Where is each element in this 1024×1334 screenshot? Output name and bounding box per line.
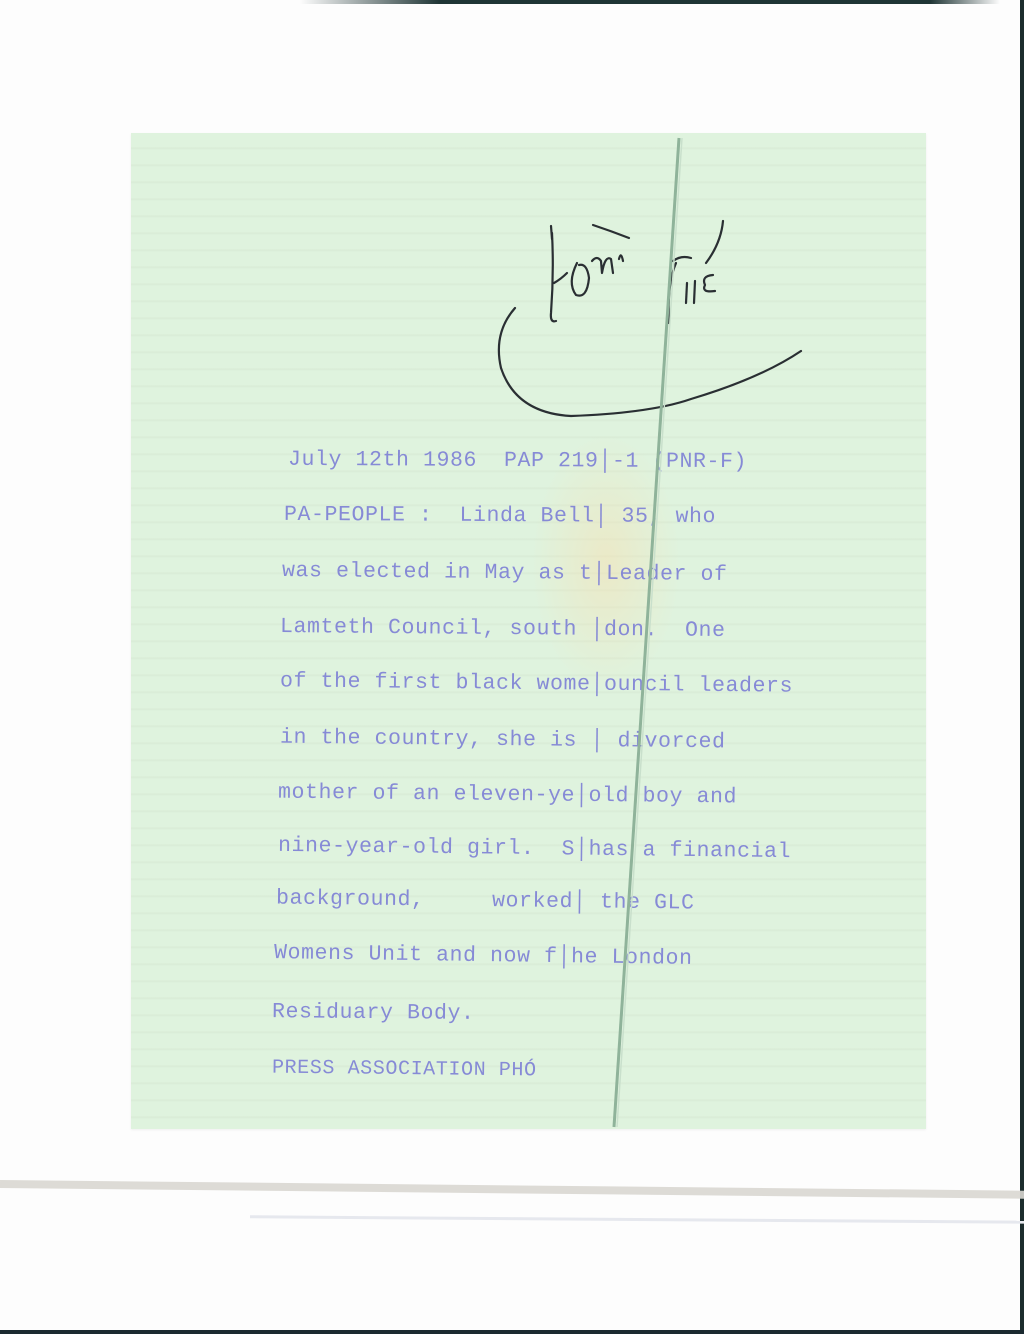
caption-line: was elected in May as t│Leader of bbox=[282, 559, 728, 587]
caption-line: Residuary Body. bbox=[272, 1000, 475, 1026]
caption-slip: July 12th 1986 PAP 219│-1 (PNR-F) PA-PEO… bbox=[131, 133, 926, 1129]
mount-board-edge bbox=[0, 1180, 1024, 1199]
scan-bottom-edge bbox=[0, 1330, 1024, 1334]
caption-line-dateline: July 12th 1986 PAP 219│-1 (PNR-F) bbox=[288, 448, 747, 474]
caption-line: mother of an eleven-ye│old boy and bbox=[278, 781, 737, 810]
caption-credit: PRESS ASSOCIATION PHÓ bbox=[272, 1057, 537, 1083]
scan-right-edge bbox=[1020, 0, 1024, 1334]
caption-line: nine-year-old girl. S│has a financial bbox=[278, 834, 791, 864]
caption-line: background, worked│ the GLC bbox=[276, 886, 695, 915]
caption-line: Lamteth Council, south │don. One bbox=[280, 615, 726, 643]
caption-line: PA-PEOPLE : Linda Bell│ 35, who bbox=[284, 503, 716, 529]
scan-top-edge bbox=[300, 0, 1000, 4]
caption-line: of the first black wome│ouncil leaders bbox=[280, 669, 793, 698]
mount-board-shadow bbox=[250, 1215, 1024, 1223]
caption-line: in the country, she is │ divorced bbox=[280, 726, 726, 755]
typed-caption: July 12th 1986 PAP 219│-1 (PNR-F) PA-PEO… bbox=[131, 133, 926, 1129]
caption-line: Womens Unit and now f│he London bbox=[274, 941, 693, 971]
